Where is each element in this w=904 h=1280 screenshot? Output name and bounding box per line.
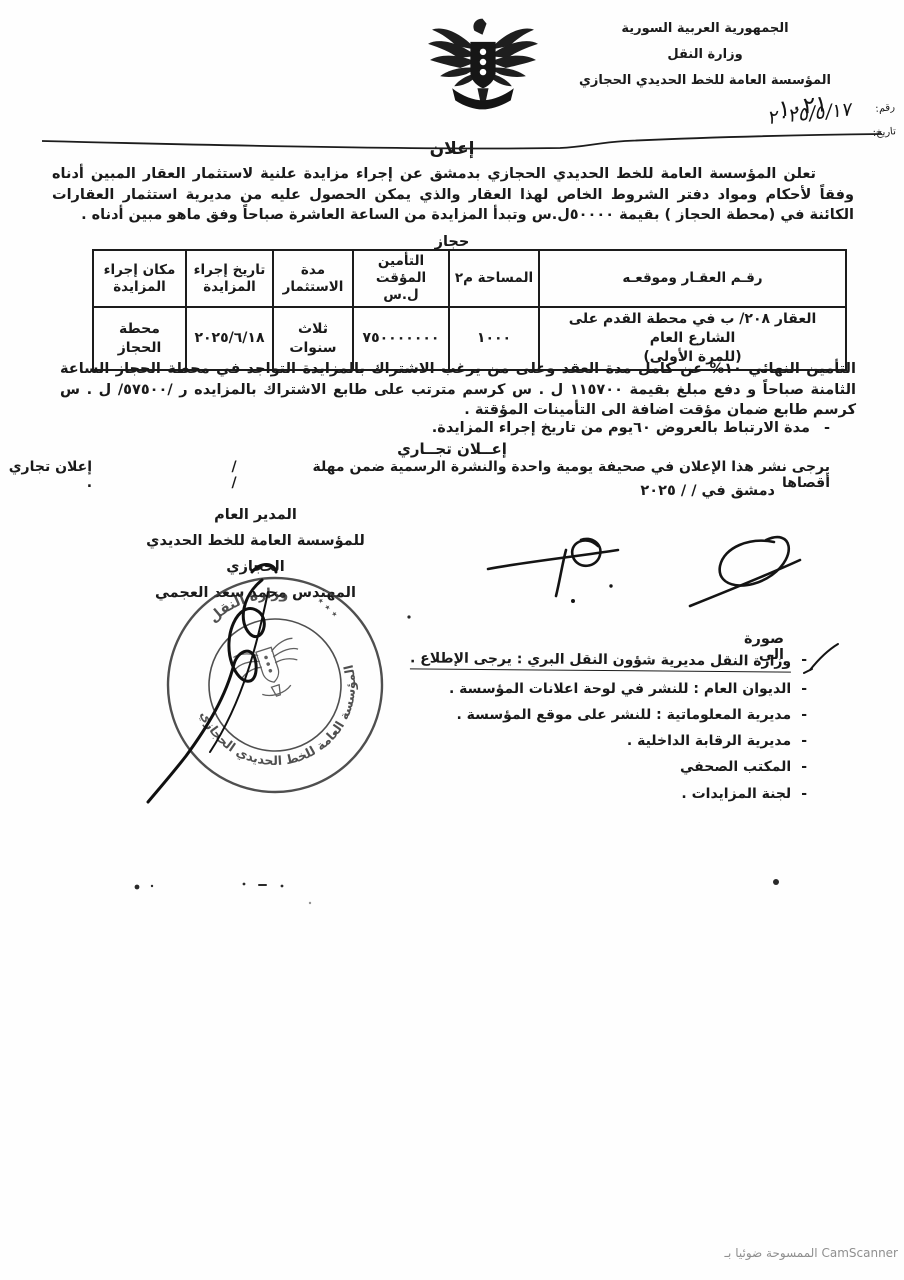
right-signature bbox=[690, 537, 800, 606]
copy-item-internal-audit: - مديرية الرقابة الداخلية . bbox=[627, 733, 807, 749]
copy-item-road-transport: - وزارة النقل مديرية شؤون النقل البري : … bbox=[410, 652, 807, 671]
svg-text:المؤسسة العامة للخط الحديدي ال: المؤسسة العامة للخط الحديدي الحجازي bbox=[197, 662, 380, 790]
announcement-body: تعلن المؤسسة العامة للخط الحديدي الحجازي… bbox=[52, 164, 854, 226]
svg-text:وزارة النقل: وزارة النقل bbox=[203, 577, 294, 628]
copy-dash: - bbox=[801, 707, 807, 723]
offer-binding-bullet: - مدة الارتباط بالعروض ٦٠يوم من تاريخ إج… bbox=[432, 420, 830, 436]
ref-date-handwritten: ٢٠٢٥/٥/١٧ bbox=[628, 98, 853, 144]
deposit-value: ٧٥٠٠٠٠٠٠٠ bbox=[363, 330, 440, 346]
letterhead-org: المؤسسة العامة للخط الحديدي الحجازي bbox=[555, 68, 855, 94]
col-auction-date: تاريخ إجراء المزايدة bbox=[186, 250, 273, 307]
letterhead: الجمهورية العربية السورية وزارة النقل ال… bbox=[555, 16, 855, 94]
copy-item-general-diwan: - الديوان العام : للنشر في لوحة اعلانات … bbox=[449, 681, 807, 697]
col-auction-place: مكان إجراء المزايدة bbox=[93, 250, 186, 307]
copy-dash: - bbox=[801, 786, 807, 802]
copy-dash: - bbox=[801, 652, 807, 671]
stamp-ring-text: المؤسسة العامة للخط الحديدي الحجازي bbox=[197, 662, 380, 790]
col-deposit: التأمين المؤقت ل.س bbox=[353, 250, 449, 307]
ref-number-label: رقم: bbox=[855, 102, 896, 117]
copy-text: مديرية المعلوماتية : للنشر على موقع المؤ… bbox=[456, 707, 791, 723]
col-duration: مدة الاستثمار bbox=[273, 250, 353, 307]
copy-item-auctions-committee: - لجنة المزايدات . bbox=[681, 786, 807, 802]
stamp-top-text: وزارة النقل bbox=[203, 577, 294, 628]
copy-dash: - bbox=[801, 681, 807, 697]
col-property: رقـم العقـار وموقعـه bbox=[539, 250, 846, 307]
final-deposit-terms: التأمين النهائي ١٠% عن كامل مدة العقد وع… bbox=[60, 359, 856, 421]
publish-date-blank: / / bbox=[210, 459, 243, 491]
copy-text: مديرية الرقابة الداخلية . bbox=[627, 733, 791, 749]
signer-title-1: المدير العام bbox=[133, 502, 378, 528]
copy-text: الديوان العام : للنشر في لوحة اعلانات ال… bbox=[449, 681, 791, 697]
publish-tail: إعلان تجاري . bbox=[0, 459, 92, 491]
copy-text: لجنة المزايدات . bbox=[681, 786, 791, 802]
bullet-dash: - bbox=[824, 420, 830, 436]
auction-date-value: ٢٠٢٥/٦/١٨ bbox=[194, 330, 264, 346]
bullet-text: مدة الارتباط بالعروض ٦٠يوم من تاريخ إجرا… bbox=[432, 420, 810, 436]
area-value: ١٠٠٠ bbox=[477, 330, 511, 346]
region-label: حجاز bbox=[0, 234, 904, 250]
commercial-ad-heading: إعــلان تجــاري bbox=[0, 440, 904, 458]
middle-signature bbox=[488, 539, 618, 603]
copy-text: وزارة النقل مديرية شؤون النقل البري : ير… bbox=[410, 650, 791, 672]
scanned-document: الجمهورية العربية السورية وزارة النقل ال… bbox=[0, 0, 904, 1280]
copy-dash: - bbox=[801, 759, 807, 775]
letterhead-country: الجمهورية العربية السورية bbox=[555, 16, 855, 42]
col-area: المساحة م٢ bbox=[449, 250, 539, 307]
place-and-date: دمشق في / / ٢٠٢٥ bbox=[640, 483, 775, 499]
table-header-row: رقـم العقـار وموقعـه المساحة م٢ التأمين … bbox=[93, 250, 846, 307]
copy-text: المكتب الصحفي bbox=[680, 759, 791, 775]
copy-item-press-office: - المكتب الصحفي bbox=[680, 759, 807, 775]
property-text: العقار ٢٠٨/ ب في محطة القدم على الشارع ا… bbox=[543, 310, 842, 348]
syrian-eagle-emblem-icon bbox=[426, 15, 540, 111]
copy-item-informatics: - مديرية المعلوماتية : للنشر على موقع ال… bbox=[456, 707, 807, 723]
camscanner-watermark: الممسوحة ضوئيا بـ CamScanner bbox=[598, 1246, 898, 1260]
letterhead-ministry: وزارة النقل bbox=[555, 42, 855, 68]
copy-dash: - bbox=[801, 733, 807, 749]
auction-table: رقـم العقـار وموقعـه المساحة م٢ التأمين … bbox=[92, 249, 847, 371]
check-mark bbox=[804, 644, 838, 673]
announcement-title: إعلان bbox=[0, 139, 904, 159]
